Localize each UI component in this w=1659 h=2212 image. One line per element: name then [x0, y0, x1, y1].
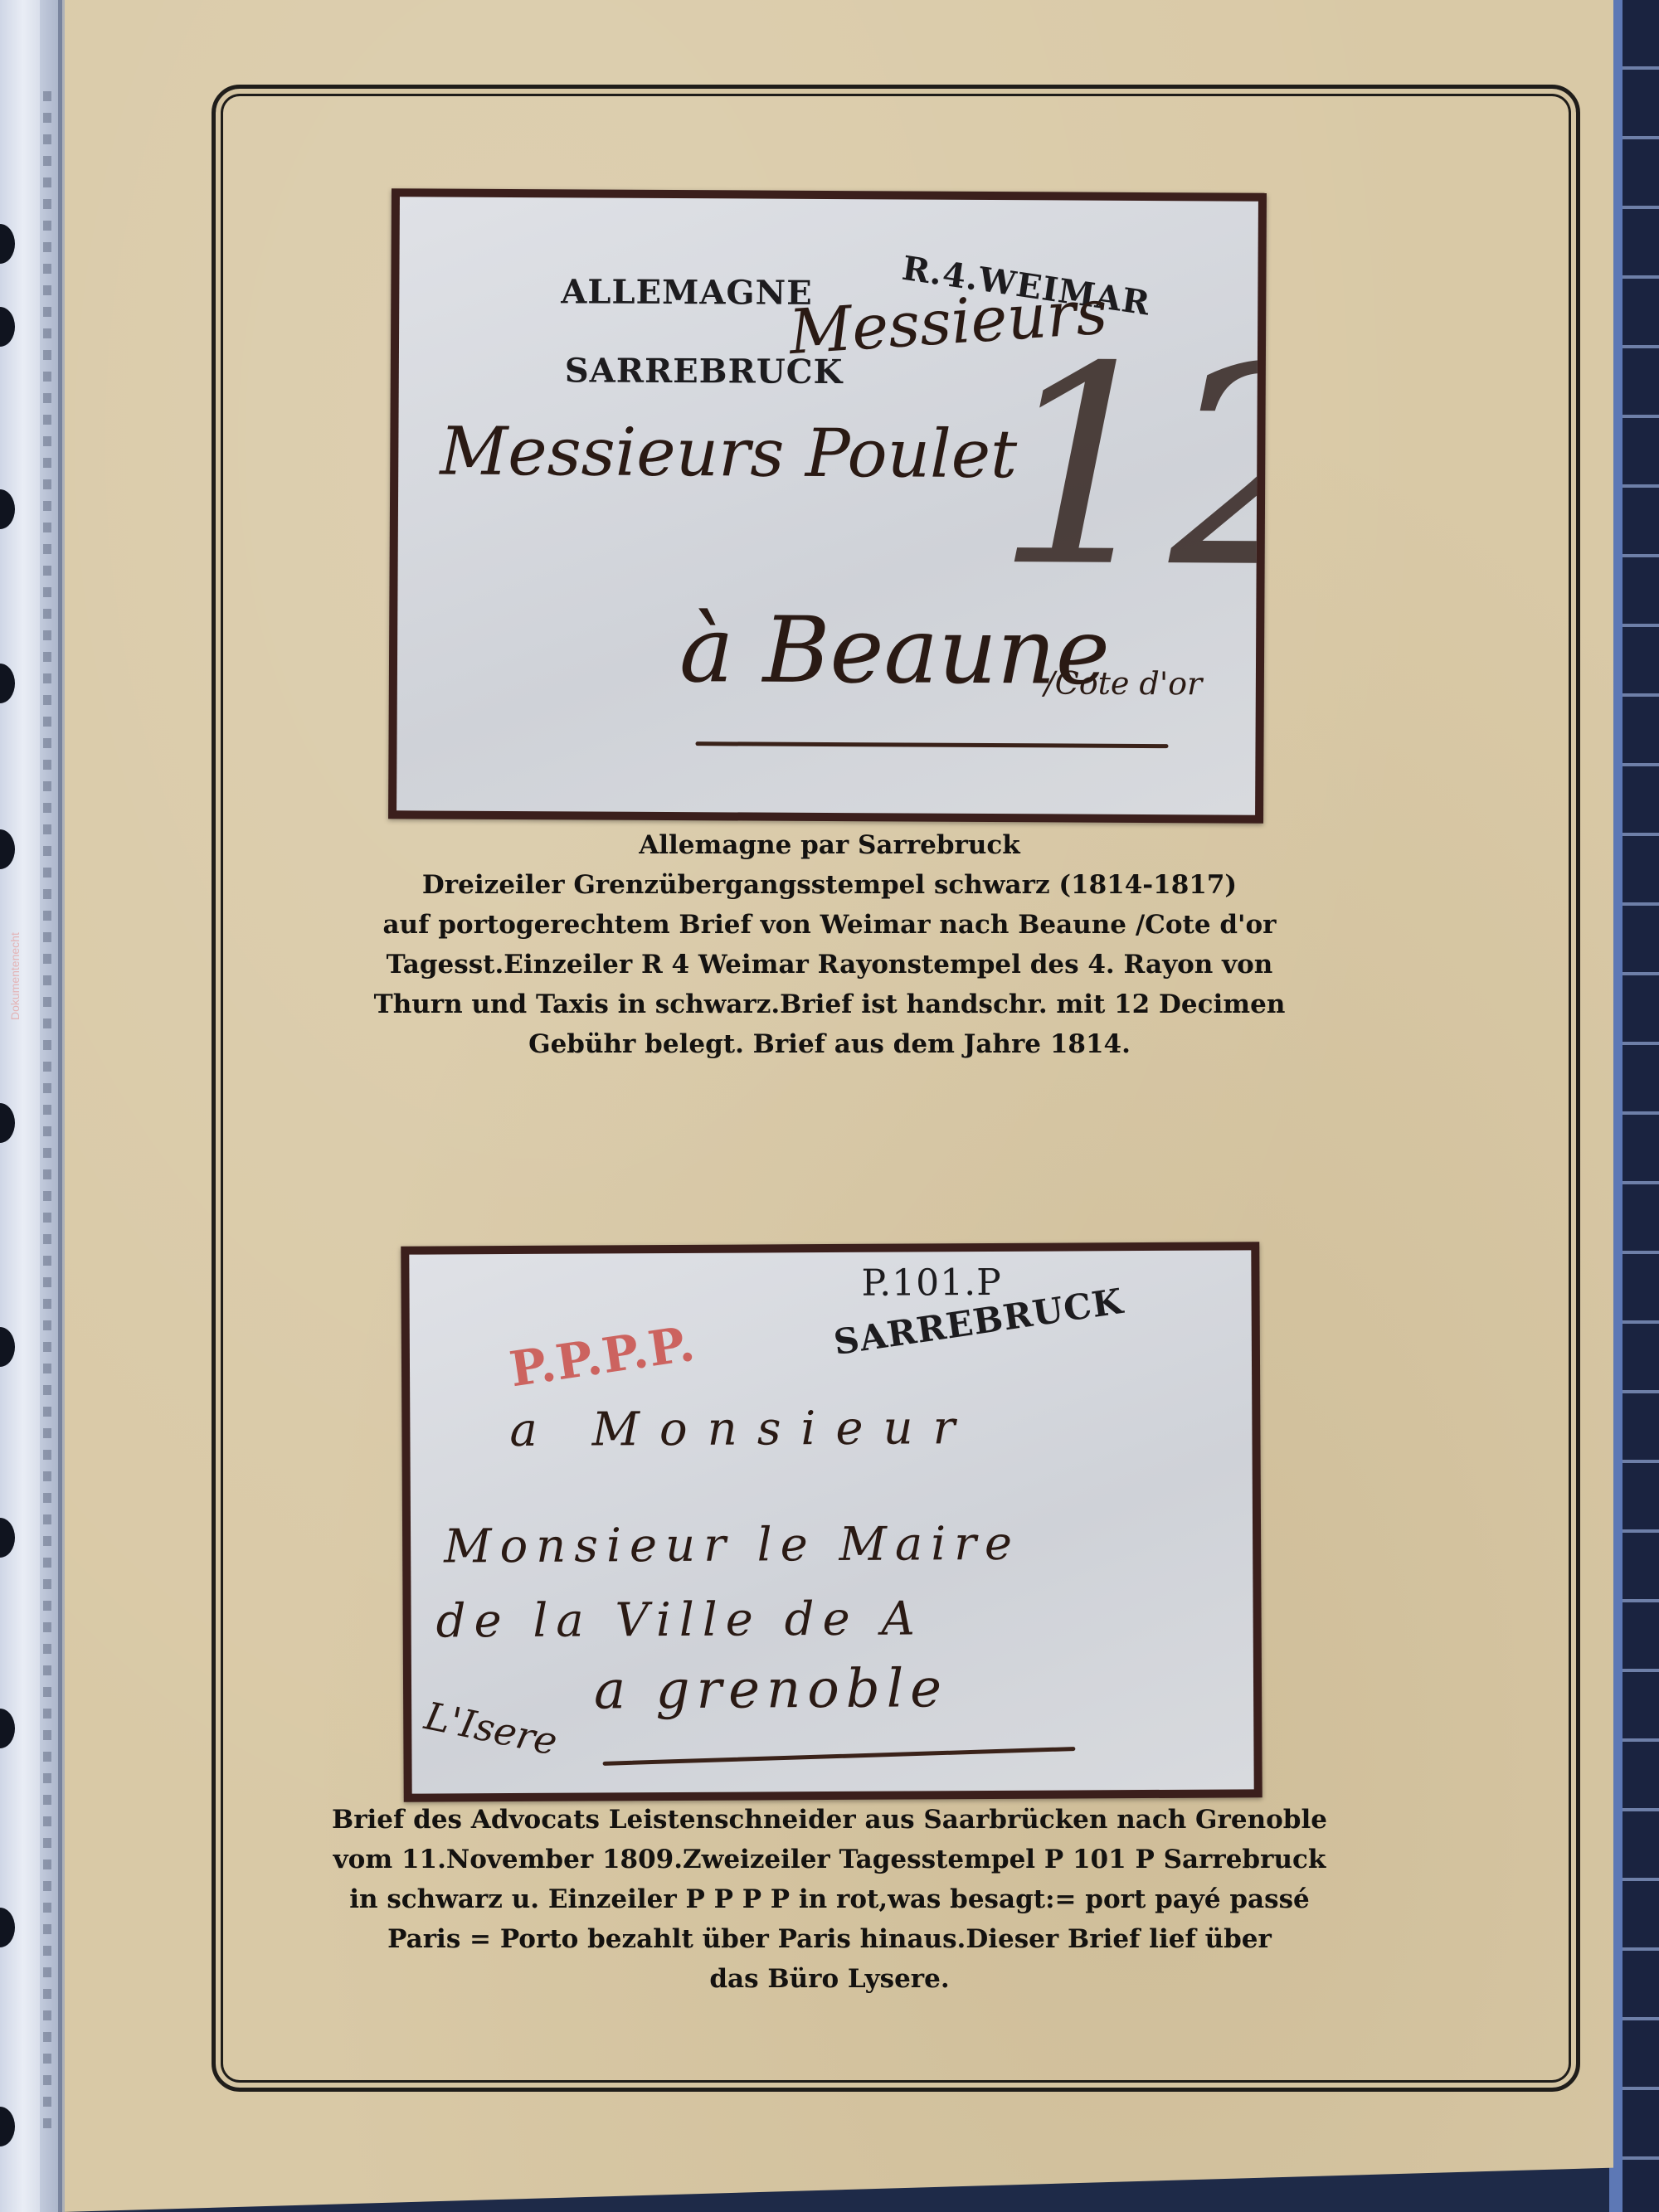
caption-line: auf portogerechtem Brief von Weimar nach… — [0, 905, 1659, 945]
caption-line: Thurn und Taxis in schwarz.Brief ist han… — [0, 984, 1659, 1024]
caption-line: das Büro Lysere. — [0, 1959, 1659, 1999]
underline — [695, 741, 1168, 748]
address-line3: de la Ville de A — [435, 1592, 923, 1648]
punch-hole — [0, 2107, 15, 2146]
stamp-pppp-red: P.P.P.P. — [506, 1315, 698, 1398]
letter-2: P.101.P SARREBRUCK P.P.P.P. a Monsieur M… — [401, 1242, 1262, 1801]
punch-hole — [0, 1103, 15, 1143]
caption-line: Gebühr belegt. Brief aus dem Jahre 1814. — [0, 1024, 1659, 1064]
underline — [603, 1747, 1076, 1766]
address-rate: 12 — [995, 308, 1258, 628]
address-line1: a Monsieur — [509, 1401, 975, 1457]
punch-hole — [0, 1327, 15, 1367]
address-line4: a grenoble — [594, 1658, 948, 1721]
caption-line: Paris = Porto bezahlt über Paris hinaus.… — [0, 1919, 1659, 1959]
letter-1-paper: ALLEMAGNE SARREBRUCK R.4.WEIMAR Messieur… — [397, 197, 1258, 814]
stamp-p101p: P.101.P — [861, 1262, 1002, 1305]
punch-hole — [0, 1709, 15, 1748]
caption-line: in schwarz u. Einzeiler P P P P in rot,w… — [0, 1879, 1659, 1919]
punch-hole — [0, 224, 15, 264]
punch-hole — [0, 307, 15, 347]
caption-letter-2: Brief des Advocats Leistenschneider aus … — [0, 1800, 1659, 1999]
caption-line: Dreizeiler Grenzübergangsstempel schwarz… — [0, 865, 1659, 905]
punch-hole — [0, 664, 15, 703]
address-recipient: Messieurs Poulet — [440, 413, 1017, 493]
address-department: L'Isere — [421, 1693, 562, 1764]
caption-line: Tagesst.Einzeiler R 4 Weimar Rayonstempe… — [0, 945, 1659, 984]
address-line2: Monsieur le Maire — [444, 1517, 1020, 1574]
caption-line: vom 11.November 1809.Zweizeiler Tagesste… — [0, 1840, 1659, 1879]
letter-2-paper: P.101.P SARREBRUCK P.P.P.P. a Monsieur M… — [409, 1250, 1253, 1793]
punch-hole — [0, 489, 15, 529]
stamp-allemagne: ALLEMAGNE — [561, 272, 813, 313]
caption-letter-1: Allemagne par Sarrebruck Dreizeiler Gren… — [0, 825, 1659, 1064]
caption-line: Allemagne par Sarrebruck — [0, 825, 1659, 865]
caption-line: Brief des Advocats Leistenschneider aus … — [0, 1800, 1659, 1840]
punch-hole — [0, 1518, 15, 1558]
letter-1: ALLEMAGNE SARREBRUCK R.4.WEIMAR Messieur… — [388, 188, 1267, 824]
address-department: /Cote d'or — [1044, 664, 1203, 702]
